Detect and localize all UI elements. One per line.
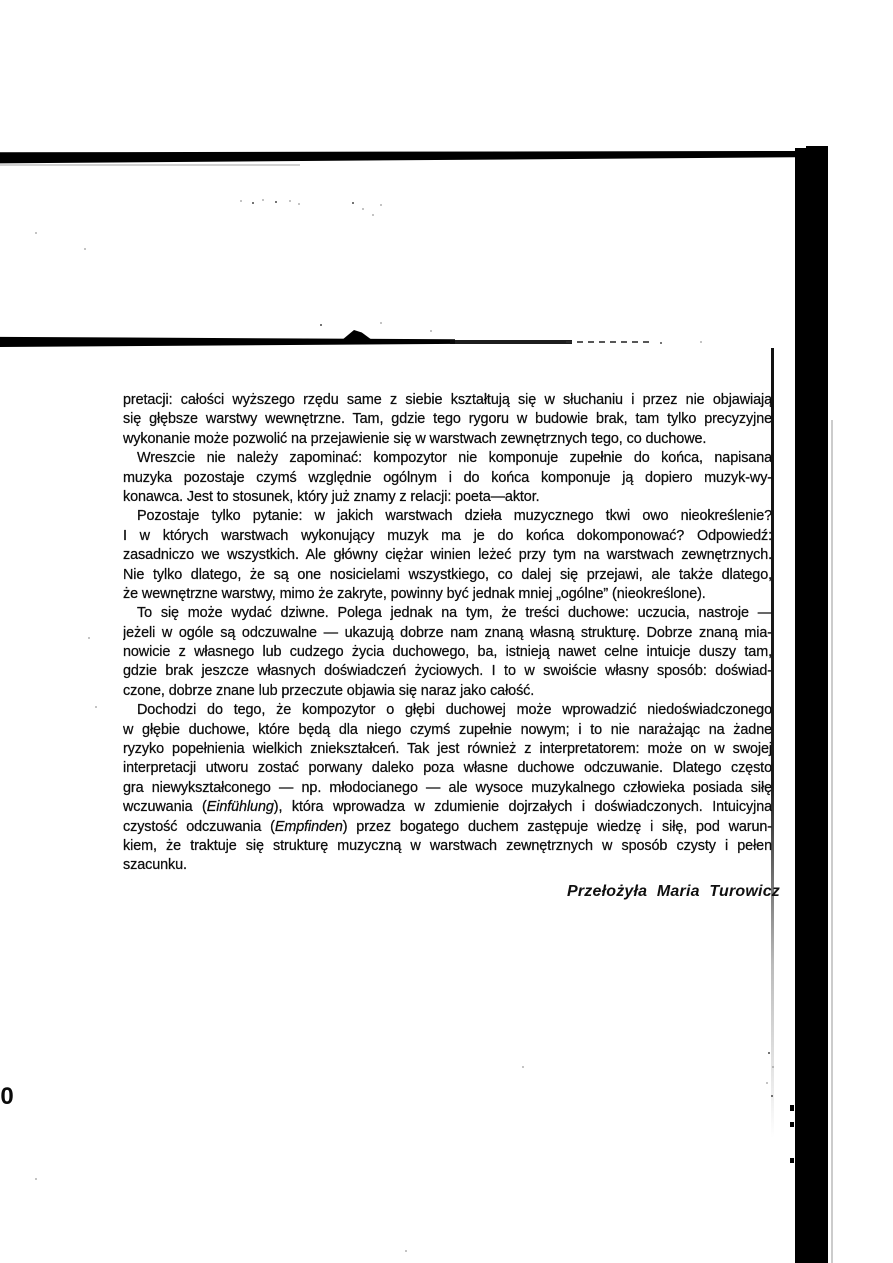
- paragraph-line: wykonanie może pozwolić na przejawienie …: [123, 430, 772, 449]
- faint-pencil-mark: [262, 199, 264, 201]
- scan-speck: [380, 322, 382, 324]
- paragraph-line: się głębsze warstwy wewnętrzne. Tam, gdz…: [123, 410, 772, 429]
- paragraph-line: gra niewykształconego — np. młodocianego…: [123, 779, 772, 798]
- faint-pencil-mark: [289, 200, 291, 202]
- paragraph-line: czystość odczuwania (Empfinden) przez bo…: [123, 818, 772, 837]
- paragraph-line: pretacji: całości wyższego rzędu same z …: [123, 391, 772, 410]
- black-bar-middle-dashes: [566, 341, 652, 343]
- paragraph-line: jeżeli w ogóle są odczuwalne — ukazują d…: [123, 624, 772, 643]
- black-bar-middle-bump: [342, 330, 372, 340]
- black-bar-top-fringe: [0, 164, 300, 166]
- paragraph-line: Nie tylko dlatego, że są one nosicielami…: [123, 566, 772, 585]
- scan-speck: [430, 330, 432, 332]
- scanned-page: { "document": { "page_number": "20", "si…: [0, 0, 893, 1263]
- scan-speck: [88, 637, 90, 639]
- band-nick: [790, 1122, 794, 1127]
- paragraph-line: ryzyko popełnienia wielkich zniekształce…: [123, 740, 772, 759]
- faint-pencil-mark: [380, 204, 382, 206]
- paragraph-line: czone, dobrze znane lub przeczute objawi…: [123, 682, 772, 701]
- scan-speck: [771, 1095, 773, 1097]
- scan-speck: [772, 1066, 774, 1068]
- text-block: pretacji: całości wyższego rzędu same z …: [123, 391, 772, 876]
- faint-pencil-mark: [275, 201, 277, 203]
- paragraph-line: Wreszcie nie należy zapominać: kompozyto…: [123, 449, 772, 468]
- black-bar-middle-tail: [450, 340, 572, 344]
- scan-speck: [320, 324, 322, 326]
- scan-speck: [95, 706, 97, 708]
- paragraph-line: konawca. Jest to stosunek, który już zna…: [123, 488, 772, 507]
- paragraph-line: zasadniczo we wszystkich. Ale główny cię…: [123, 546, 772, 565]
- black-band-right: [795, 148, 828, 1263]
- scan-speck: [768, 1052, 770, 1054]
- paragraph-line: Pozostaje tylko pytanie: w jakich warstw…: [123, 507, 772, 526]
- faint-pencil-mark: [298, 203, 300, 205]
- paragraph-line: To się może wydać dziwne. Polega jednak …: [123, 604, 772, 623]
- paragraph-line: interpretacji utworu zostać porwany dale…: [123, 759, 772, 778]
- scan-speck: [35, 1178, 37, 1180]
- paragraph-line: że wewnętrzne warstwy, mimo że zakryte, …: [123, 585, 772, 604]
- faint-pencil-mark: [372, 214, 374, 216]
- black-bar-middle: [0, 336, 455, 347]
- paragraph-line: muzyka pozostaje czymś względnie ogólnym…: [123, 469, 772, 488]
- band-nick: [790, 1158, 794, 1163]
- page-number: 20: [0, 1083, 15, 1111]
- scan-speck: [522, 1066, 524, 1068]
- band-nick: [790, 1105, 794, 1111]
- faint-pencil-mark: [240, 200, 242, 202]
- scan-speck: [700, 341, 702, 343]
- band-gray-edge-line: [831, 420, 833, 1263]
- paragraph-line: szacunku.: [123, 856, 772, 875]
- paragraph-line: nowicie z własnego lub cudzego życia duc…: [123, 643, 772, 662]
- paragraph-line: w głębie duchowe, które będą dla niego c…: [123, 721, 772, 740]
- faint-pencil-mark: [352, 202, 354, 204]
- translator-signature: Przełożyła Maria Turowicz: [123, 883, 780, 901]
- black-bar-top: [0, 151, 795, 164]
- scan-speck: [766, 1082, 768, 1084]
- scan-speck: [405, 1250, 407, 1252]
- scan-speck: [84, 248, 86, 250]
- faint-pencil-mark: [252, 202, 254, 204]
- paragraph-line: I w których warstwach wykonujący muzyk m…: [123, 527, 772, 546]
- paragraph-line: kiem, że traktuje się strukturę muzyczną…: [123, 837, 772, 856]
- scan-speck: [35, 232, 37, 234]
- black-band-notch: [806, 146, 828, 150]
- paragraph-line: Dochodzi do tego, że kompozytor o głębi …: [123, 701, 772, 720]
- scan-speck: [660, 342, 662, 344]
- paragraph-line: wczuwania (Einfühlung), która wprowadza …: [123, 798, 772, 817]
- paragraph-line: gdzie brak jeszcze własnych doświadczeń …: [123, 662, 772, 681]
- faint-pencil-mark: [362, 208, 364, 210]
